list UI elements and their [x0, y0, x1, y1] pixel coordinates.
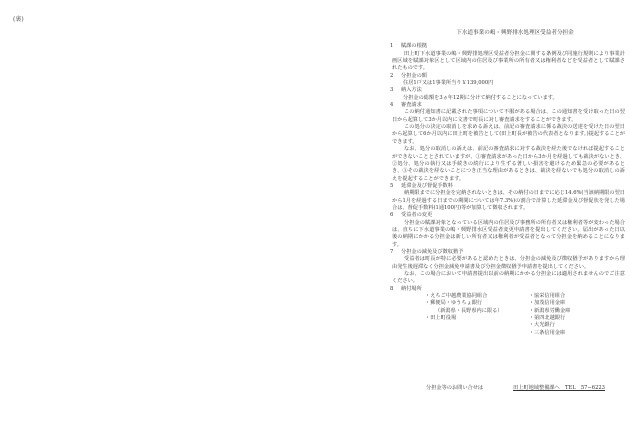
section-1-body: 田上町下水道事業の嶋・興野排処理区受益者分担金に関する条例及び同施行規則により事… — [387, 51, 625, 73]
section-2-heading: 2分担金の額 — [387, 73, 625, 80]
section-title: 納入方法 — [401, 87, 422, 93]
section-title: 納付場所 — [401, 286, 422, 292]
section-5-body: 納期限までに分担金を完納されないときは、その納付の日までに応じ14.6%(当該納… — [387, 190, 625, 212]
section-3-body: 分担金の総額を3ヵ年12期に分けて納付することになっています。 — [387, 95, 625, 102]
section-number: 6 — [390, 212, 401, 219]
payment-places: ・えちご中越農業協同組合 ・郵便局・ゆうちょ銀行 （新潟県・長野県内に限る） ・… — [387, 293, 625, 337]
section-6-heading: 6受益者の変更 — [387, 212, 625, 219]
section-7-para-1: 受益者は町長が特に必要があると認めたときは、分担金の減免及び徴収猶予がありますか… — [387, 256, 625, 271]
section-3-heading: 3納入方法 — [387, 87, 625, 94]
payment-places-right: ・協栄信用組合 ・加茂信用金庫 ・新潟県労働金庫 ・第四北越銀行 ・大光銀行 ・… — [529, 293, 625, 337]
section-title: 分担金の額 — [401, 73, 427, 79]
section-1-heading: 1賦課の根拠 — [387, 43, 625, 50]
section-8-heading: 8納付場所 — [387, 286, 625, 293]
payment-place: ・田上町役場 — [425, 315, 529, 322]
section-7-para-2: なお、この場合において申請書提出以前の納期にかかる分担金には適用されませんのでご… — [387, 271, 625, 286]
payment-place: ・大光銀行 — [529, 322, 625, 329]
section-number: 1 — [390, 43, 401, 50]
inquiry-footer: 分担金等のお問い合せは田上町地域整備課へ TEL 57−6223 — [426, 384, 605, 391]
section-number: 7 — [390, 249, 401, 256]
section-title: 延滞金及び督促手数料 — [401, 183, 453, 189]
section-title: 審査請求 — [401, 102, 422, 108]
payment-place: ・加茂信用金庫 — [529, 300, 625, 307]
document-title: 下水道事業の嶋・興野排水処理区受益者分担金 — [405, 30, 625, 37]
payment-places-left: ・えちご中越農業協同組合 ・郵便局・ゆうちょ銀行 （新潟県・長野県内に限る） ・… — [425, 293, 529, 337]
payment-place-note: （新潟県・長野県内に限る） — [425, 308, 529, 315]
inquiry-contact: 田上町地域整備課へ TEL 57−6223 — [513, 385, 605, 391]
reverse-side-label: (裏) — [13, 14, 24, 23]
notice-document: 下水道事業の嶋・興野排水処理区受益者分担金 1賦課の根拠 田上町下水道事業の嶋・… — [387, 30, 625, 337]
inquiry-label: 分担金等のお問い合せは — [426, 385, 483, 391]
section-number: 2 — [390, 73, 401, 80]
section-number: 8 — [390, 286, 401, 293]
section-title: 分担金の減免及び徴収猶予 — [401, 249, 463, 255]
section-title: 賦課の根拠 — [401, 43, 427, 49]
section-4-para-1: この納付通知書に記載された事項について不服がある場合は、この通知書を受け取った日… — [387, 109, 625, 124]
section-4-para-2: この処分の決定の取消しを求める訴えは、前記の審査請求に係る裁決の送達を受けた日の… — [387, 124, 625, 146]
section-6-body: 分担金の賦課対象となっている区域内の住居及び事務所の所有者又は権利者等が変わった… — [387, 220, 625, 249]
section-title: 受益者の変更 — [401, 212, 432, 218]
section-number: 4 — [390, 102, 401, 109]
payment-place: ・新潟県労働金庫 — [529, 308, 625, 315]
section-2-body: 住居1戸又は1事業所当り￥139,000円 — [387, 80, 625, 87]
payment-place: ・三条信用金庫 — [529, 330, 625, 337]
payment-place: ・郵便局・ゆうちょ銀行 — [425, 300, 529, 307]
section-number: 5 — [390, 183, 401, 190]
section-4-para-3: なお、処分の取消しの訴えは、前記の審査請求に対する裁決を経た後でなければ提起する… — [387, 146, 625, 183]
section-number: 3 — [390, 87, 401, 94]
